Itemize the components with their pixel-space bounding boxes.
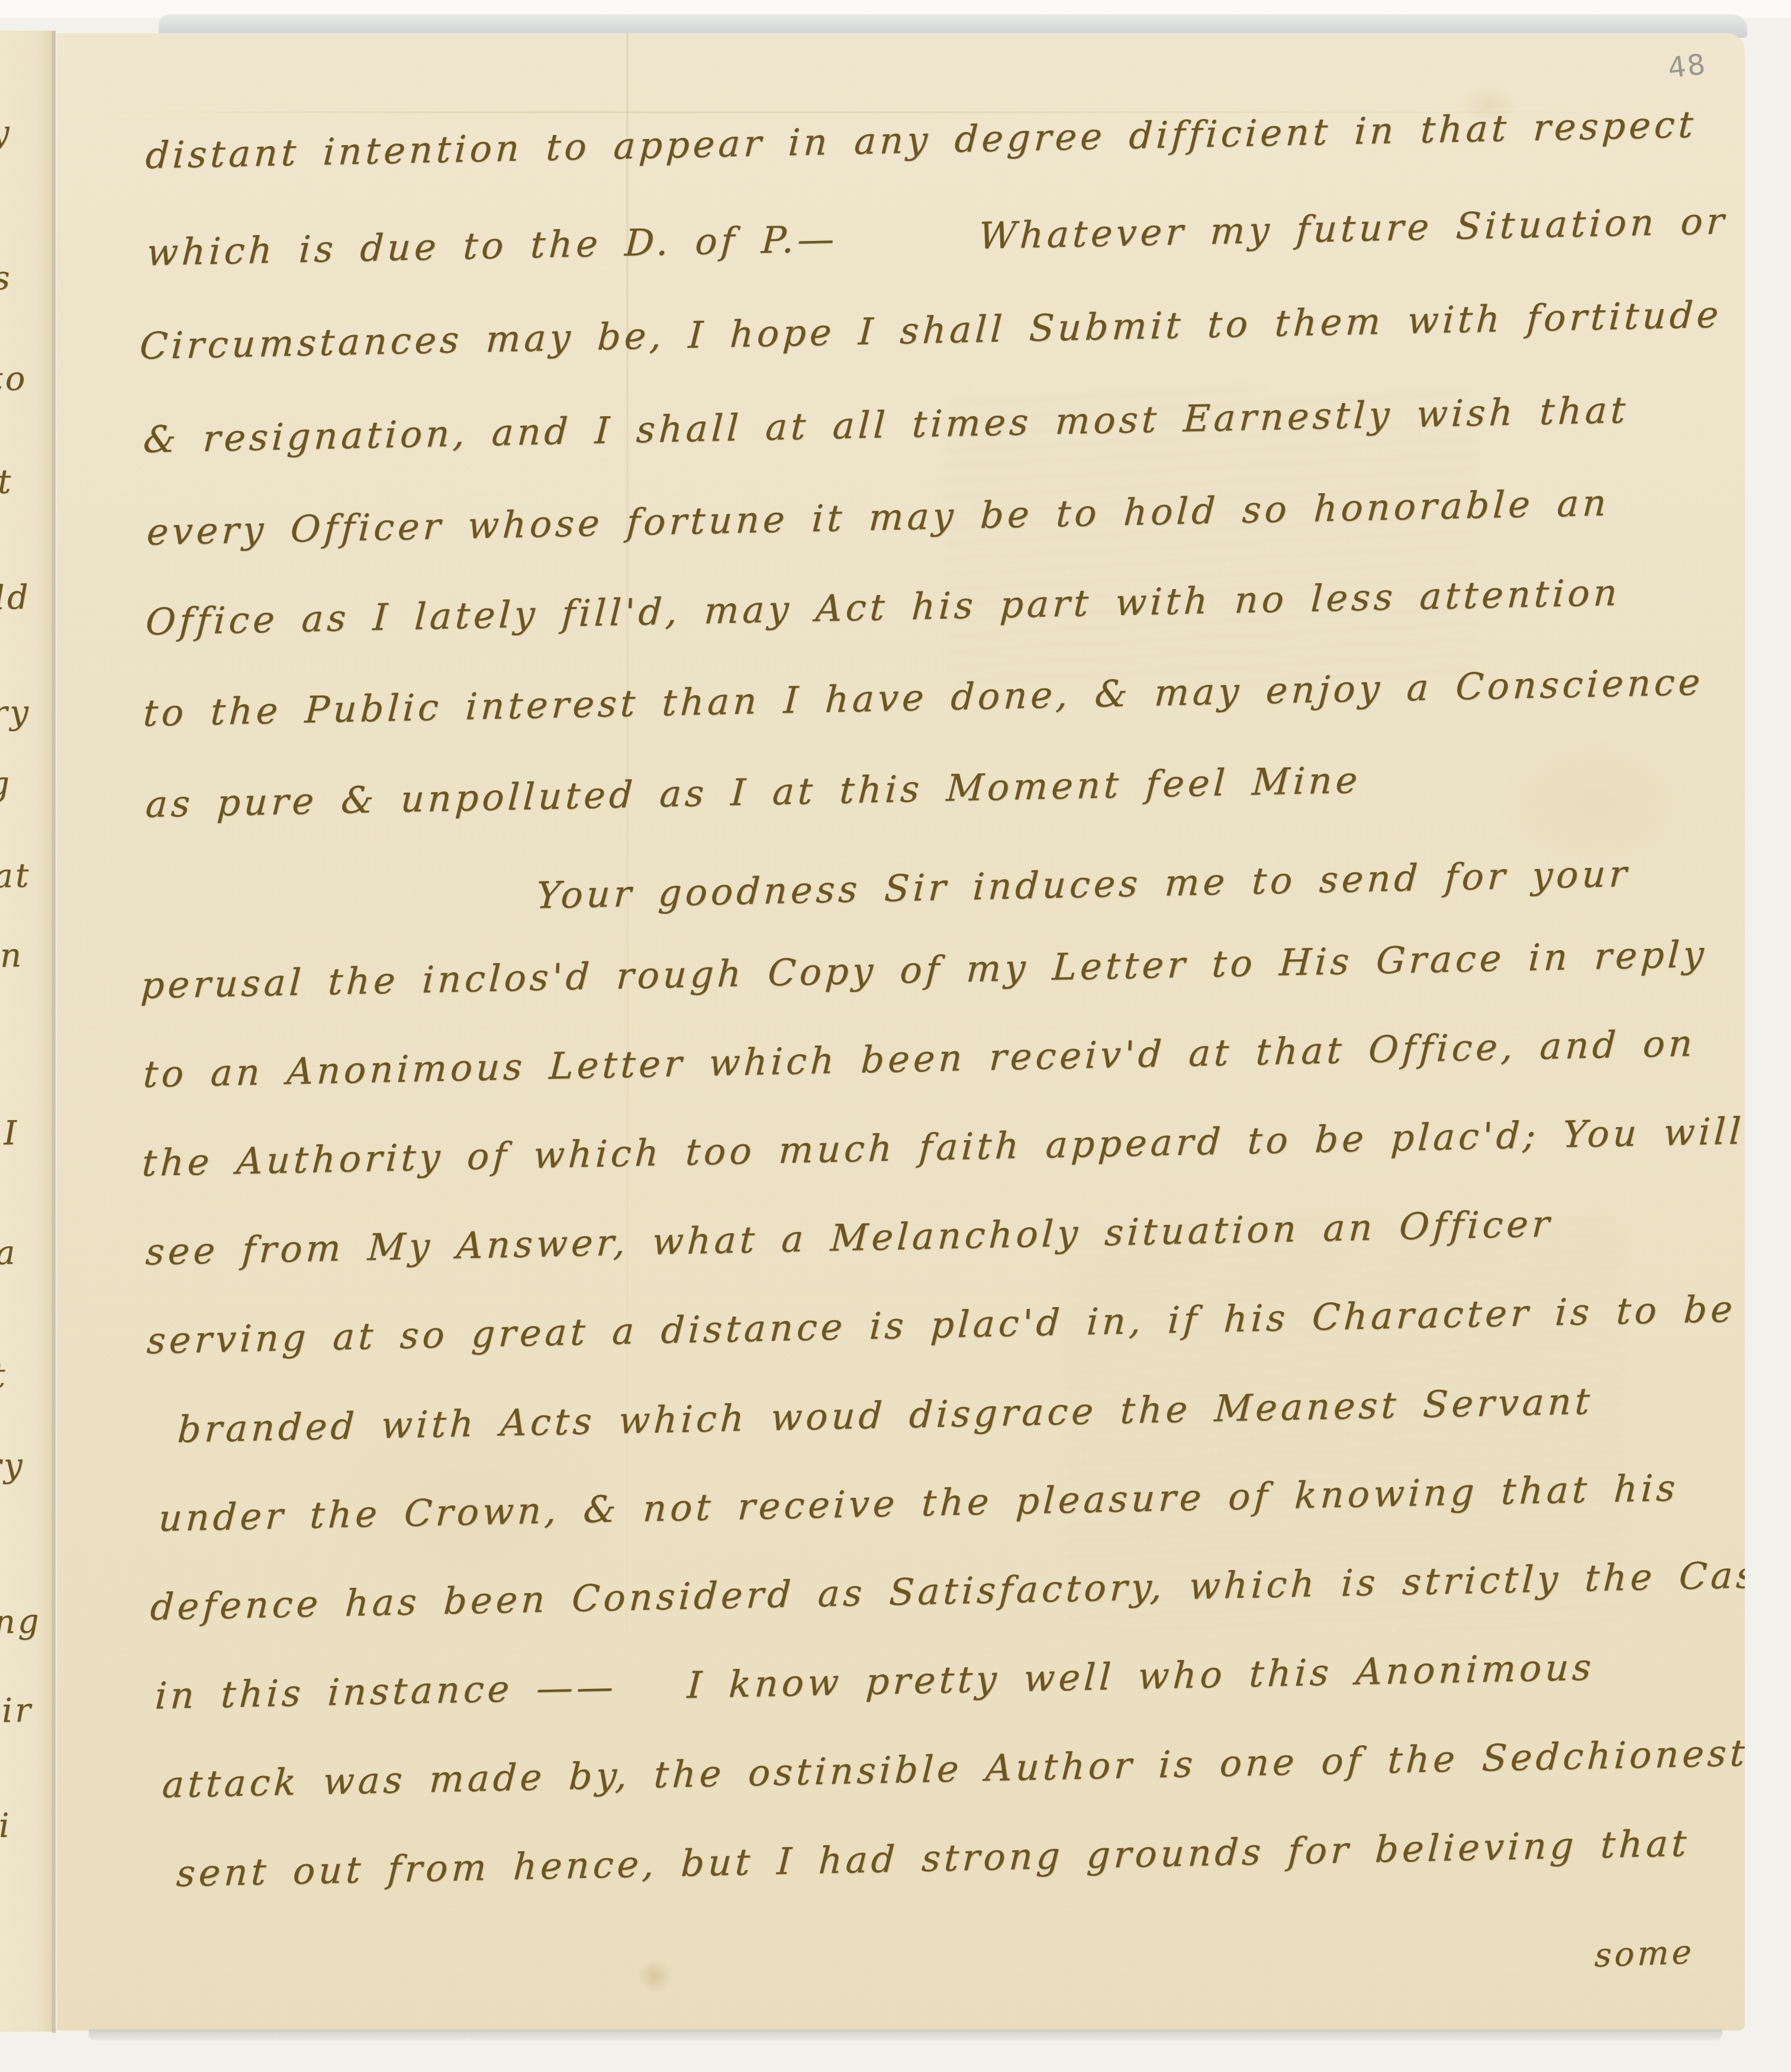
manuscript-scan: y ls to it hild ory g that in I a t ary …	[0, 0, 1791, 2072]
catchword: some	[1594, 1933, 1695, 1975]
letter-line: Circumstances may be, I hope I shall Sub…	[138, 292, 1723, 368]
facing-page-text-fragment: that	[0, 857, 31, 897]
facing-page-text-fragment: ary	[0, 1446, 25, 1486]
facing-page-text-fragment: li	[0, 1807, 12, 1846]
letter-line: attack was made by, the ostinsible Autho…	[161, 1730, 1745, 1806]
facing-page-text-fragment: to	[0, 359, 28, 398]
facing-page-text-fragment: hild	[0, 578, 31, 619]
facing-page-text-fragment: a	[0, 1234, 18, 1273]
folio-number-pencil: 48	[1666, 47, 1708, 85]
facing-page-text-fragment: g	[0, 765, 12, 804]
facing-page-text-fragment: in	[0, 936, 24, 975]
letter-line: Your goodness Sir induces me to send for…	[535, 852, 1631, 917]
page-bottom-edge-shadow	[89, 2029, 1722, 2041]
facing-page-sliver: y ls to it hild ory g that in I a t ary …	[0, 31, 53, 2032]
letter-line: the Authority of which too much faith ap…	[141, 1109, 1745, 1185]
letter-line: to the Public interest than I have done,…	[142, 660, 1705, 735]
letter-page: 48 distant intention to appear in any de…	[57, 33, 1745, 2031]
letter-line: perusal the inclos'd rough Copy of my Le…	[140, 932, 1708, 1007]
letter-line: distant intention to appear in any degre…	[144, 102, 1697, 177]
facing-page-text-fragment: ory	[0, 693, 31, 733]
facing-page-text-fragment: heir	[0, 1691, 34, 1732]
letter-line: as pure & unpolluted as I at this Moment…	[144, 758, 1362, 826]
letter-line: sent out from hence, but I had strong gr…	[175, 1822, 1691, 1895]
facing-page-text-fragment: it	[0, 463, 14, 502]
letter-line: which is due to the D. of P.— Whatever m…	[146, 199, 1728, 274]
facing-page-text-fragment: y	[0, 114, 12, 153]
facing-page-text-fragment: t	[0, 1357, 8, 1396]
facing-page-text-fragment: ls	[0, 259, 12, 298]
facing-page-text-fragment: I	[3, 1114, 19, 1153]
letter-line: to an Anonimous Letter which been receiv…	[142, 1021, 1697, 1096]
letter-line: in this instance —— I know pretty well w…	[154, 1645, 1596, 1717]
facing-page-text-fragment: ating	[0, 1602, 41, 1642]
